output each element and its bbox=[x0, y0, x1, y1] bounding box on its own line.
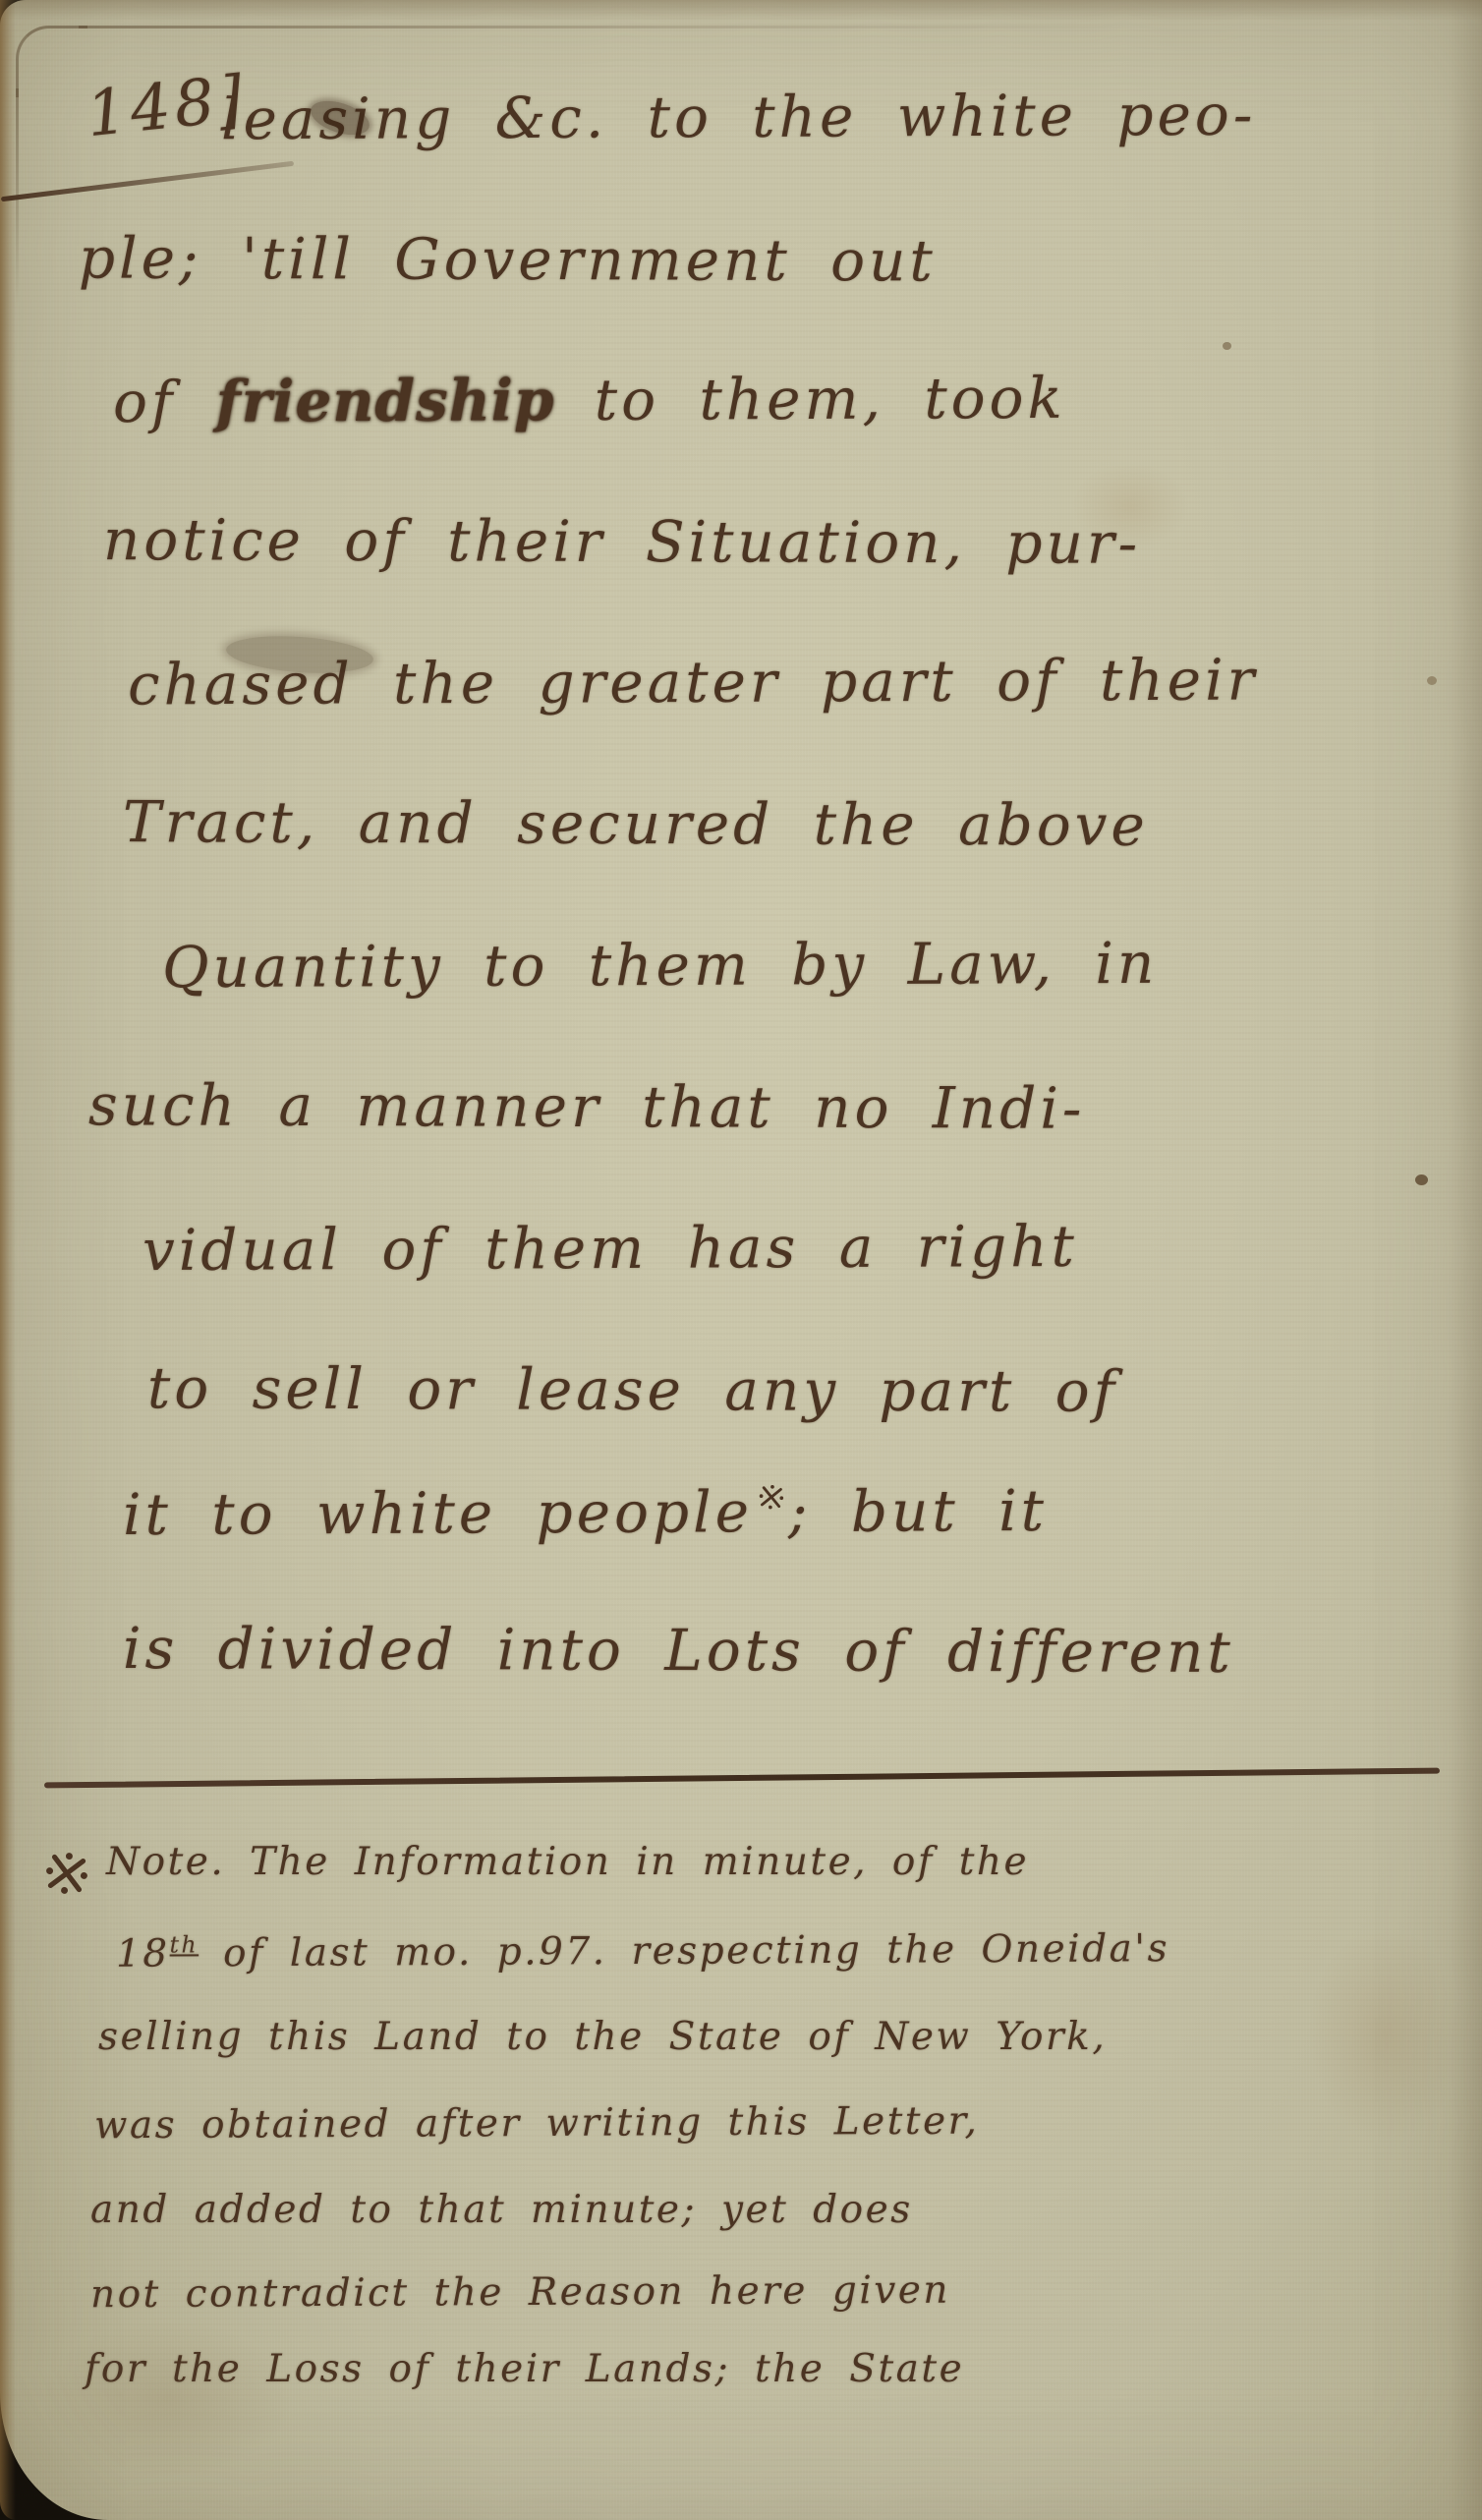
text-segment: to them, took bbox=[554, 365, 1066, 433]
footnote-line: for the Loss of their Lands; the State bbox=[85, 2347, 964, 2391]
footnote-line: was obtained after writing this Letter, bbox=[94, 2099, 980, 2148]
footnote-line: not contradict the Reason here given bbox=[90, 2268, 950, 2318]
footnote-reference-mark-icon bbox=[758, 1483, 785, 1511]
text-segment: ; but it bbox=[788, 1477, 1048, 1545]
text-line: Quantity to them by Law, in bbox=[162, 930, 1159, 1001]
footnote-line: and added to that minute; yet does bbox=[90, 2188, 913, 2232]
text-line: notice of their Situation, pur- bbox=[103, 506, 1141, 577]
text-segment: it to white people bbox=[123, 1478, 753, 1548]
text-line: is divided into Lots of different bbox=[123, 1615, 1234, 1686]
text-line: it to white people; but it bbox=[123, 1477, 1048, 1548]
ordinal-superscript: th bbox=[170, 1930, 199, 1958]
footnote-line: Note. The Information in minute, of the bbox=[106, 1840, 1029, 1884]
paper-stain bbox=[1307, 1926, 1464, 2143]
text-segment: of bbox=[113, 369, 216, 435]
page-top-edge-shading bbox=[0, 0, 1482, 20]
text-line: such a manner that no Indi- bbox=[88, 1071, 1086, 1142]
ink-spot bbox=[1415, 1174, 1428, 1185]
text-line: vidual of them has a right bbox=[142, 1213, 1078, 1284]
footnote-line: selling this Land to the State of New Yo… bbox=[98, 2015, 1107, 2059]
page-gutter-edge bbox=[0, 0, 16, 2520]
page-corner-edge-line bbox=[16, 26, 87, 97]
text-line: of friendship to them, took bbox=[113, 365, 1066, 435]
footnote-marker-icon bbox=[42, 1849, 91, 1898]
page-top-edge-line bbox=[79, 26, 1160, 29]
overwritten-word: friendship bbox=[216, 367, 555, 435]
text-segment: 18 bbox=[116, 1932, 170, 1976]
text-line: Tract, and secured the above bbox=[123, 788, 1149, 859]
manuscript-page-scan: 148] leasing &c. to the white peo- ple; … bbox=[0, 0, 1482, 2520]
ink-spot bbox=[1223, 342, 1231, 350]
footnote-line: 18th of last mo. p.97. respecting the On… bbox=[116, 1925, 1169, 1976]
paper-stain bbox=[39, 2320, 295, 2477]
page-fore-edge-shading bbox=[1449, 0, 1482, 2520]
text-line: to sell or lease any part of bbox=[147, 1354, 1118, 1424]
text-line: leasing &c. to the white peo- bbox=[221, 82, 1257, 153]
ink-spot bbox=[1427, 676, 1437, 685]
text-line: ple; 'till Government out bbox=[79, 224, 937, 294]
text-segment: of last mo. p.97. respecting the Oneida'… bbox=[199, 1926, 1169, 1976]
